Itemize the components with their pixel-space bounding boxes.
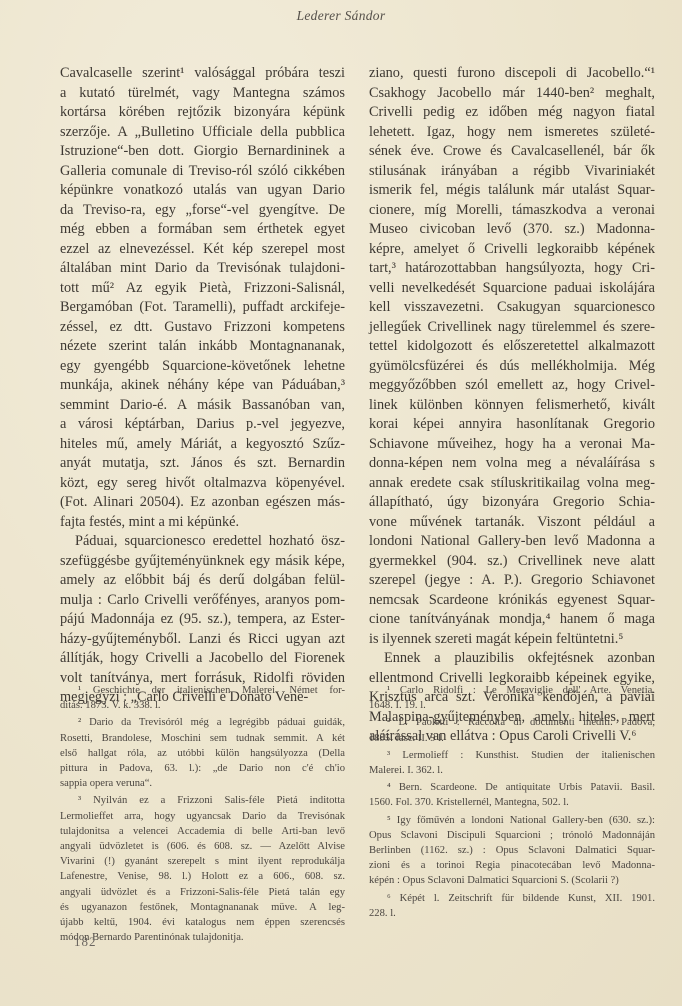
footnote-line: ⁴ Bern. Scardeone. De antiquitate Urbis … — [369, 780, 655, 795]
text-line: is ilyennek szereti magát képein feltünt… — [369, 630, 655, 650]
text-line: Crivelli pedig ez időben még nagyon fiat… — [369, 103, 655, 123]
footnote-line: angyali üdvözletet is (606. és 608. sz. … — [60, 839, 345, 854]
text-line: vone művének tartanák. Viszont például a — [369, 513, 655, 533]
text-line: a városi képtárban, Darius p.-vel jegyez… — [60, 415, 345, 435]
footnote-2: ² Dario da Trevisóról még a legrégibb pá… — [60, 715, 345, 791]
text-line: szefüggésbe gyűjteményünknek egy másik k… — [60, 552, 345, 572]
text-line: közt, egy sereg hivőt oltalmazva köpenyé… — [60, 474, 345, 494]
text-line: annak eredete csak stíluskritikailag vol… — [369, 474, 655, 494]
footnote-line: ⁶ Képét l. Zeitschrift für bildende Kuns… — [369, 891, 655, 906]
text-line: nézete szerint talán inkább Montagnanana… — [60, 337, 345, 357]
footnote-line: ¹ Carlo Ridolfi : Le Meraviglie dell' Ar… — [369, 683, 655, 698]
footnote-line: első hallgat róla, az utóbbi külön hangs… — [60, 746, 345, 761]
text-line: ezzel az elnevezéssel. Két kép szerepel … — [60, 240, 345, 260]
footnote-line: ² Dario da Trevisóról még a legrégibb pá… — [60, 715, 345, 730]
left-footnotes: ¹ Geschichte der italienischen Malerei. … — [60, 683, 345, 947]
footnote-line: 1648. I. 19. l. — [369, 698, 655, 713]
text-line: szerepel (jegye : A. P.). Gregorio Schia… — [369, 571, 655, 591]
footnote-line: Lermolieffet arra, hogy ugyancsak Dario … — [60, 809, 345, 824]
running-header: Lederer Sándor — [0, 8, 682, 24]
text-line: tart,³ határozottabban hangsúlyozta, hog… — [369, 259, 655, 279]
text-line: linek különben könnyen felismerhető, kiv… — [369, 396, 655, 416]
footnote-line: ⁵ Igy főművén a londoni National Gallery… — [369, 813, 655, 828]
text-line: (Fot. Alinari 20504). Ez azonban egészen… — [60, 493, 345, 513]
text-line: még ebben a formában sem érthetek egyet — [60, 220, 345, 240]
footnote-line: képén : Opus Sclavoni Dalmatici Squarcio… — [369, 873, 655, 888]
text-line: állapítható, úgy bizonyára Gregorio Schi… — [369, 493, 655, 513]
text-line: Ennek a plauzibilis okfejtésnek azonban — [369, 649, 655, 669]
footnote-line: 228. l. — [369, 906, 655, 921]
text-line: képünkre vonatkozó utalás van ugyan Dari… — [60, 181, 345, 201]
text-line: házy-gyűjteményből. Lanzi és Ricci ugyan… — [60, 630, 345, 650]
footnote-4: ⁴ Bern. Scardeone. De antiquitate Urbis … — [369, 780, 655, 810]
text-line: mulja : Carlo Crivelli verőfényes, arany… — [60, 591, 345, 611]
footnote-line: 1895. fasc. II. 9 l. — [369, 731, 655, 746]
footnote-line: ¹ Geschichte der italienischen Malerei. … — [60, 683, 345, 698]
footnote-1: ¹ Carlo Ridolfi : Le Meraviglie dell' Ar… — [369, 683, 655, 713]
left-column-body: Cavalcaselle szerint¹ valósággal próbára… — [60, 64, 345, 708]
right-column-body: ziano, questi furono discepoli di Jacobe… — [369, 64, 655, 747]
right-footnotes: ¹ Carlo Ridolfi : Le Meraviglie dell' Ar… — [369, 683, 655, 923]
footnote-line: pittura in Padova, 63. l.): „de Dario no… — [60, 761, 345, 776]
footnote-line: ² L. Paoletti : Raccolta di documenti in… — [369, 715, 655, 730]
footnote-line: Vivarini (!) gyanánt szerepelt s mint il… — [60, 854, 345, 869]
text-line: korai képei annyira hasonlítanak Gregori… — [369, 415, 655, 435]
footnote-5: ⁵ Igy főművén a londoni National Gallery… — [369, 813, 655, 889]
text-line: pájú Madonnája ez (95. sz.), tempera, az… — [60, 610, 345, 630]
text-line: Páduai, squarcionesco eredettel hozható … — [60, 532, 345, 552]
text-line: zéssel, ez dtt. Gustavo Frizzoni kompete… — [60, 318, 345, 338]
text-line: Galleria comunale di Treviso-ról szóló c… — [60, 162, 345, 182]
text-line: hiteles mű, amely Máriát, a kegyosztó Sz… — [60, 435, 345, 455]
text-line: sének éve. Crowe és Cavalcasellenél, bár… — [369, 142, 655, 162]
footnote-line: Malerei. I. 362. l. — [369, 763, 655, 778]
footnote-3: ³ Lermolieff : Kunsthist. Studien der it… — [369, 748, 655, 778]
footnote-3: ³ Nyilván ez a Frizzoni Salis-féle Pietá… — [60, 793, 345, 945]
text-line: általában mint Dario da Trevisónak tulaj… — [60, 259, 345, 279]
text-line: képre, amelyet ő Crivelli legkoraibb kép… — [369, 240, 655, 260]
text-line: Bergamóban (Fot. Taramelli), puffadt arc… — [60, 298, 345, 318]
text-line: Schiavone műveihez, hogy ha a veronai Ma… — [369, 435, 655, 455]
text-line: nemcsak Scardeone krónikás egyenest Squa… — [369, 591, 655, 611]
text-line: tettel kidolgozott és előszeretettel alk… — [369, 337, 655, 357]
text-line: Museo civicoban levő (370. sz.) Madonna- — [369, 220, 655, 240]
text-line: cionere, míg Morelli, támaszkodva a vero… — [369, 201, 655, 221]
text-line: donna-képen nem volna meg a névaláírása … — [369, 454, 655, 474]
text-line: Cavalcaselle szerint¹ valósággal próbára… — [60, 64, 345, 84]
text-line: ziano, questi furono discepoli di Jacobe… — [369, 64, 655, 84]
footnote-line: Lafenestre, Venise, 98. l.) Holott ez a … — [60, 869, 345, 884]
text-line: kortársa körében rejtőzik bizonyára képü… — [60, 103, 345, 123]
page-number: 182 — [74, 934, 97, 950]
text-line: kell visszavezetni. Csakugyan squarcione… — [369, 298, 655, 318]
footnote-line: Berlinben (1162. sz.) : Opus Sclavoni Da… — [369, 843, 655, 858]
footnote-line: Rosetti, Brandolese, Moschini sem tudnak… — [60, 731, 345, 746]
text-line: jellegűek Crivellinek nagy türelemmel és… — [369, 318, 655, 338]
text-line: a kutató türelmét, vagy Mantegna számos — [60, 84, 345, 104]
footnote-line: zioni és a torinoi Regia pinacotecában l… — [369, 858, 655, 873]
text-line: anyát mutatja, szt. János és szt. Bernar… — [60, 454, 345, 474]
text-line: londoni National Gallery-ben levő Madonn… — [369, 532, 655, 552]
footnote-line: 1560. Fol. 370. Kristellernél, Mantegna,… — [369, 795, 655, 810]
footnote-line: és ugyanazon festőnek, Montagnananak müv… — [60, 900, 345, 915]
text-line: állítják, hogy Crivelli a Jacobello del … — [60, 649, 345, 669]
footnote-line: angyali üdvözlet és a Frizzoni-Salis-fél… — [60, 885, 345, 900]
text-line: munkája, akinek néhány képe van Páduában… — [60, 376, 345, 396]
text-line: velli nevelkedését Squarcione paduai isk… — [369, 279, 655, 299]
footnote-6: ⁶ Képét l. Zeitschrift für bildende Kuns… — [369, 891, 655, 921]
text-line: szerzője. A „Bulletino Ufficiale della p… — [60, 123, 345, 143]
footnote-line: módon Bernardo Parentinónak tulajdonitja… — [60, 930, 345, 945]
text-line: amely az előbbit báj és derű dolgában fe… — [60, 571, 345, 591]
text-line: meggyőzőbben szól emellett az, hogy Criv… — [369, 376, 655, 396]
footnote-1: ¹ Geschichte der italienischen Malerei. … — [60, 683, 345, 713]
footnote-line: újabb keltű, 1904. évi katalogus nem épp… — [60, 915, 345, 930]
footnote-line: tulajdonitsa a velencei Accademia di bel… — [60, 824, 345, 839]
text-line: gyermekkel (904. sz.) Crivellinek neve a… — [369, 552, 655, 572]
footnote-2: ² L. Paoletti : Raccolta di documenti in… — [369, 715, 655, 745]
text-line: cione tanítványának mondja,⁴ hanem ő mag… — [369, 610, 655, 630]
text-line: fajta festés, mint a mi képünké. — [60, 513, 345, 533]
footnote-line: sappia opera veruna“. — [60, 776, 345, 791]
text-line: Istruzione“-ben dott. Giorgio Bernardini… — [60, 142, 345, 162]
footnote-line: ³ Nyilván ez a Frizzoni Salis-féle Pietá… — [60, 793, 345, 808]
text-line: stilusának irányában a régibb Vivariniak… — [369, 162, 655, 182]
text-line: tott mű² Az egyik Pietà, Frizzoni-Salisn… — [60, 279, 345, 299]
text-line: ismerik fel, mégis találunk már utalást … — [369, 181, 655, 201]
footnote-line: Opus Sclavoni Discipuli Squarcioni ; tró… — [369, 828, 655, 843]
text-line: Csakhogy Jacobello már 1440-ben² meghalt… — [369, 84, 655, 104]
text-line: lehetett. Igaz, hogy nem ismeretes szüle… — [369, 123, 655, 143]
text-line: gyümölcsfüzérei és dús mellékholmija. Mé… — [369, 357, 655, 377]
footnote-line: ³ Lermolieff : Kunsthist. Studien der it… — [369, 748, 655, 763]
text-line: da Treviso-ra, egy „forse“-vel gyengítve… — [60, 201, 345, 221]
text-line: semmint Dario-é. A másik Bassanóban van, — [60, 396, 345, 416]
footnote-line: ditás. 1873. V. k. 338. l. — [60, 698, 345, 713]
text-line: egy gyengébb Squarcione-követőnek lehetn… — [60, 357, 345, 377]
